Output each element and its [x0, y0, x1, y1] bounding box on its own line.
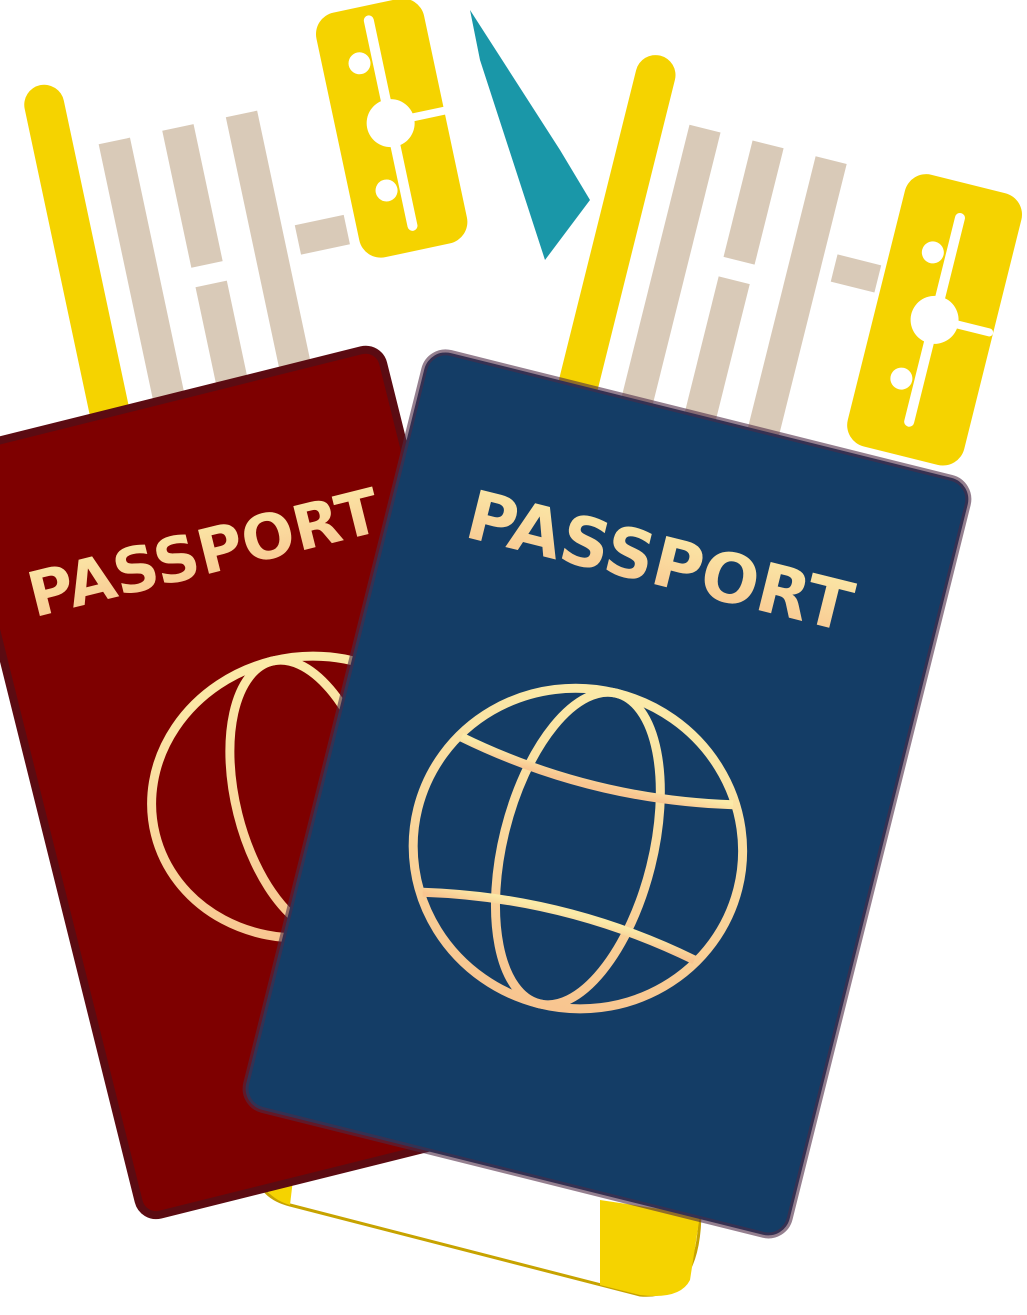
teal-ticket — [470, 10, 590, 260]
passport-illustration: PASSPORT PASSPORT — [0, 0, 1027, 1315]
